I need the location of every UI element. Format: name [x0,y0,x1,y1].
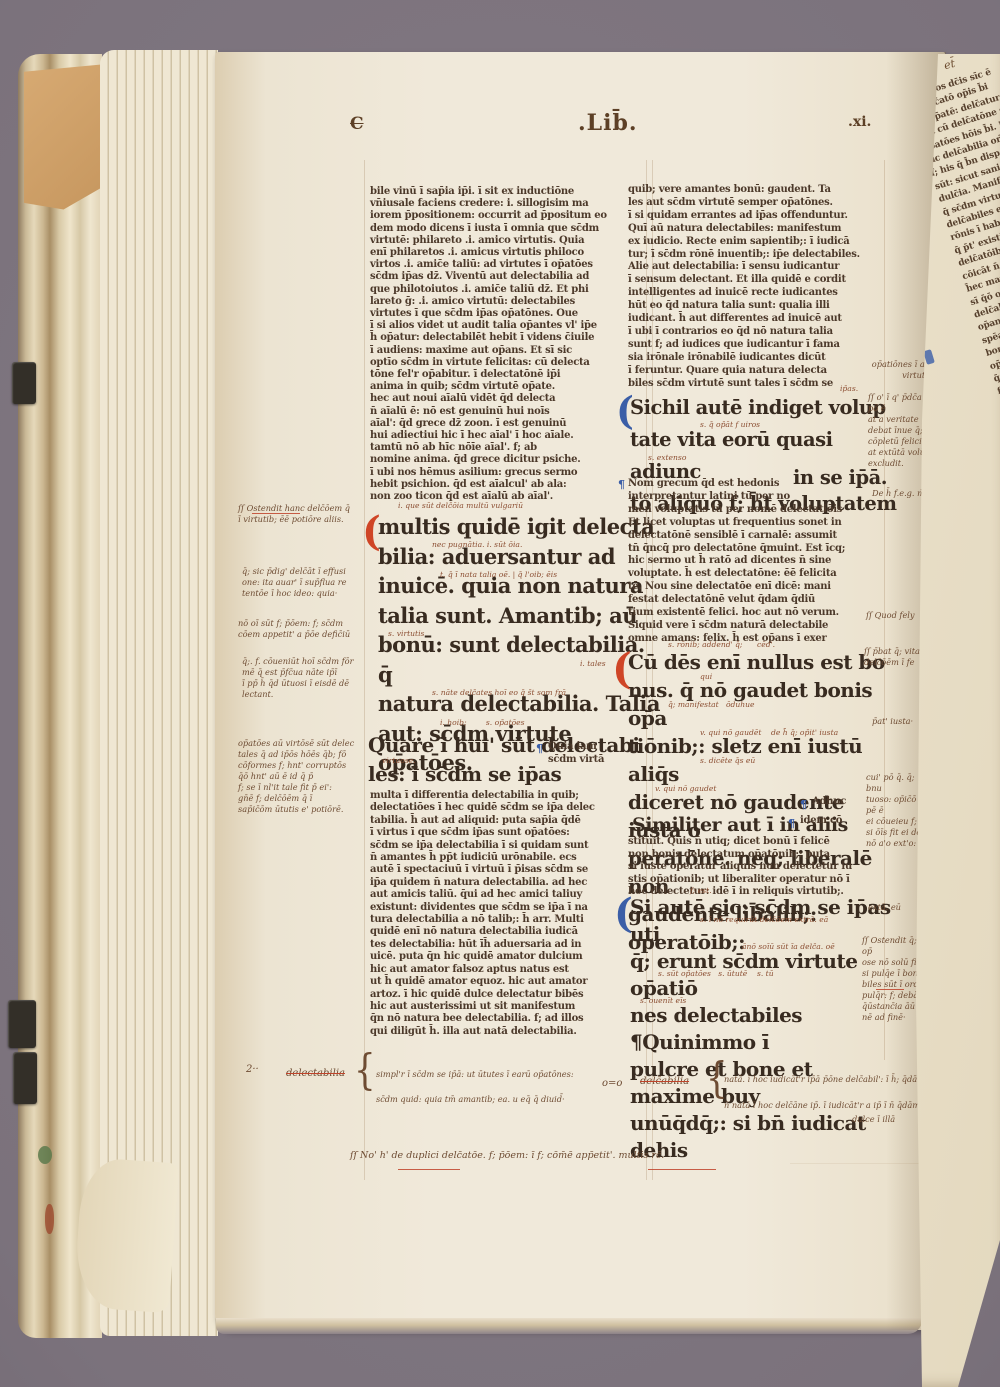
blue-paraph-mark: ¶ [536,742,543,755]
page-stack-edges [100,50,218,1336]
bottom-left-brace: { [354,1045,376,1095]
interlinear-gloss: s. dicēte q̄s eū [700,756,755,765]
book-spine [18,54,102,1338]
blue-paraph-mark: ¶ [788,817,795,830]
red-underline [252,513,300,514]
interlinear-gloss: s. ī nō requirūt delc̄ōem extrā. eā [700,915,828,924]
margin-note-right-4: ſſ Quod fely [866,610,928,621]
column2-commentary-block1: quib; vere amantes bonū: gaudent. Ta les… [628,184,890,391]
header-chapter-number: .xi. [848,114,871,130]
interlinear-gloss: v. qui nō gaudēt de h̄ q̄; op̄it' iusta [700,728,838,737]
interlinear-gloss: v. qui nō gaudet [655,784,716,793]
interlinear-gloss: qui [700,672,712,681]
bottom-left-mark: 2·· [246,1064,259,1075]
margin-note-right-2: ſſ o' ī q' p̄dc̄a pō ē at a veritate deb… [868,392,930,469]
margin-note-left-2: q̄; sic p̄dig' delc̄āt ī effusi one: ita… [242,566,372,599]
margin-note-right-1: op̄atiōnes ī an virtutē [870,359,930,381]
interlinear-gloss: q̄; manifestat ōduhue [668,700,755,709]
bottom-right-diagram-tail: dulce ī illā [852,1114,895,1125]
margin-note-left-3: nō oī sūt f; p̄ōem: f; sc̄dm cōem appeti… [238,618,370,640]
interlinear-gloss: t. q̄ ī nata talia oē. | q̄ l'oib; ēis [440,570,557,579]
red-underline [398,1169,460,1170]
interlinear-gloss: virtuose. [382,756,416,765]
column2-idem-fragment: idem cō [800,815,842,826]
bottom-left-diagram-lines: simpl'r ī sc̄dm se ip̄ā: ut ūtutes ī ear… [376,1062,676,1112]
ragged-vellum-edge [73,1157,179,1313]
margin-note-left-4: q̄;. f. cōueniūt hoī sc̄dm fōr mē q̄ est… [242,656,372,700]
green-stain [38,1146,52,1164]
column2-commentary-block3: stituit. Quis n̄ utiq; dicet bonū ī feli… [628,836,890,899]
column2-adhuc-fragment: Adhuc [812,796,846,807]
margin-note-left-1: ſſ Ostendit hanc delc̄ōem q̄ ī virtutib;… [238,503,370,525]
red-underline [876,989,904,990]
column1-commentary-block1: bile vinū ī sap̄ia ip̄i. ī sit ex induct… [370,186,646,503]
folio-flourish-mark: et̄ [943,57,957,72]
blue-paraph-mark: ¶ [618,478,625,491]
interlinear-gloss: f; est. [690,886,712,895]
clasp-bottom-1 [8,1000,36,1048]
interlinear-gloss: i. hoib; s. op̄atōes [440,718,525,727]
interlinear-gloss: s. sūt op̄atōes s. ūtutē s. tū [658,969,774,978]
margin-note-right-8: extā. eū [868,902,924,913]
margin-note-left-5: op̄atōes aū virtōsē sūt delec tales q̄ a… [238,738,372,815]
interlinear-gloss: nec pugnātia. i. sūt ōia. [432,540,522,549]
manuscript-photo: C .Lib̄. .xi. bile vinū ī sap̄ia ip̄i. ī… [0,0,1000,1387]
interlinear-gloss: s. virtutis [388,629,424,638]
header-book-title: .Lib̄. [578,110,638,136]
column2-commentary-block2: Nom grecum q̄d est hedonis interpretantu… [628,478,890,646]
interlinear-gloss: s. extenso [648,453,686,462]
interlinear-gloss: i. que sūt delc̄ōia multū vulgariū [398,501,523,510]
column1-commentary-block2: multa ī differentia delectabilia in quib… [370,790,646,1038]
interlinear-gloss: ānō soīū sūt īa delc̄a. oē [742,942,835,951]
bottom-right-mark: o=o [602,1078,622,1089]
red-stain [45,1204,54,1234]
page-bottom-edge [216,1318,922,1334]
bottom-right-diagram-label: delc̄abilia [640,1076,689,1087]
blue-paraph-mark: ¶ [800,798,807,811]
interlinear-gloss: i. tales [580,659,606,668]
bottom-final-note: ſſ No' h' de duplici delc̄atōe. f; p̄ōem… [350,1150,790,1161]
interlinear-gloss: s. ouenīt eīs [640,996,686,1005]
interlinear-gloss: s. q̄ op̄āt f uiros [700,420,760,429]
interlinear-gloss: s. rōnib; addend' q̄; cēd'. [668,640,775,649]
red-underline [648,1169,716,1170]
bottom-left-diagram-label: delectabilia [286,1068,345,1079]
margin-note-right-5: ſſ p̄bat q̄; vita u delc̄ōēm ī fe [864,646,928,668]
clasp-top [12,362,36,404]
interlinear-gloss: s. nāte delc̄ates hoī eo q̄ s̄t som frā [432,688,566,697]
clasp-bottom-2 [13,1052,37,1104]
header-signature-mark: C [350,114,364,134]
